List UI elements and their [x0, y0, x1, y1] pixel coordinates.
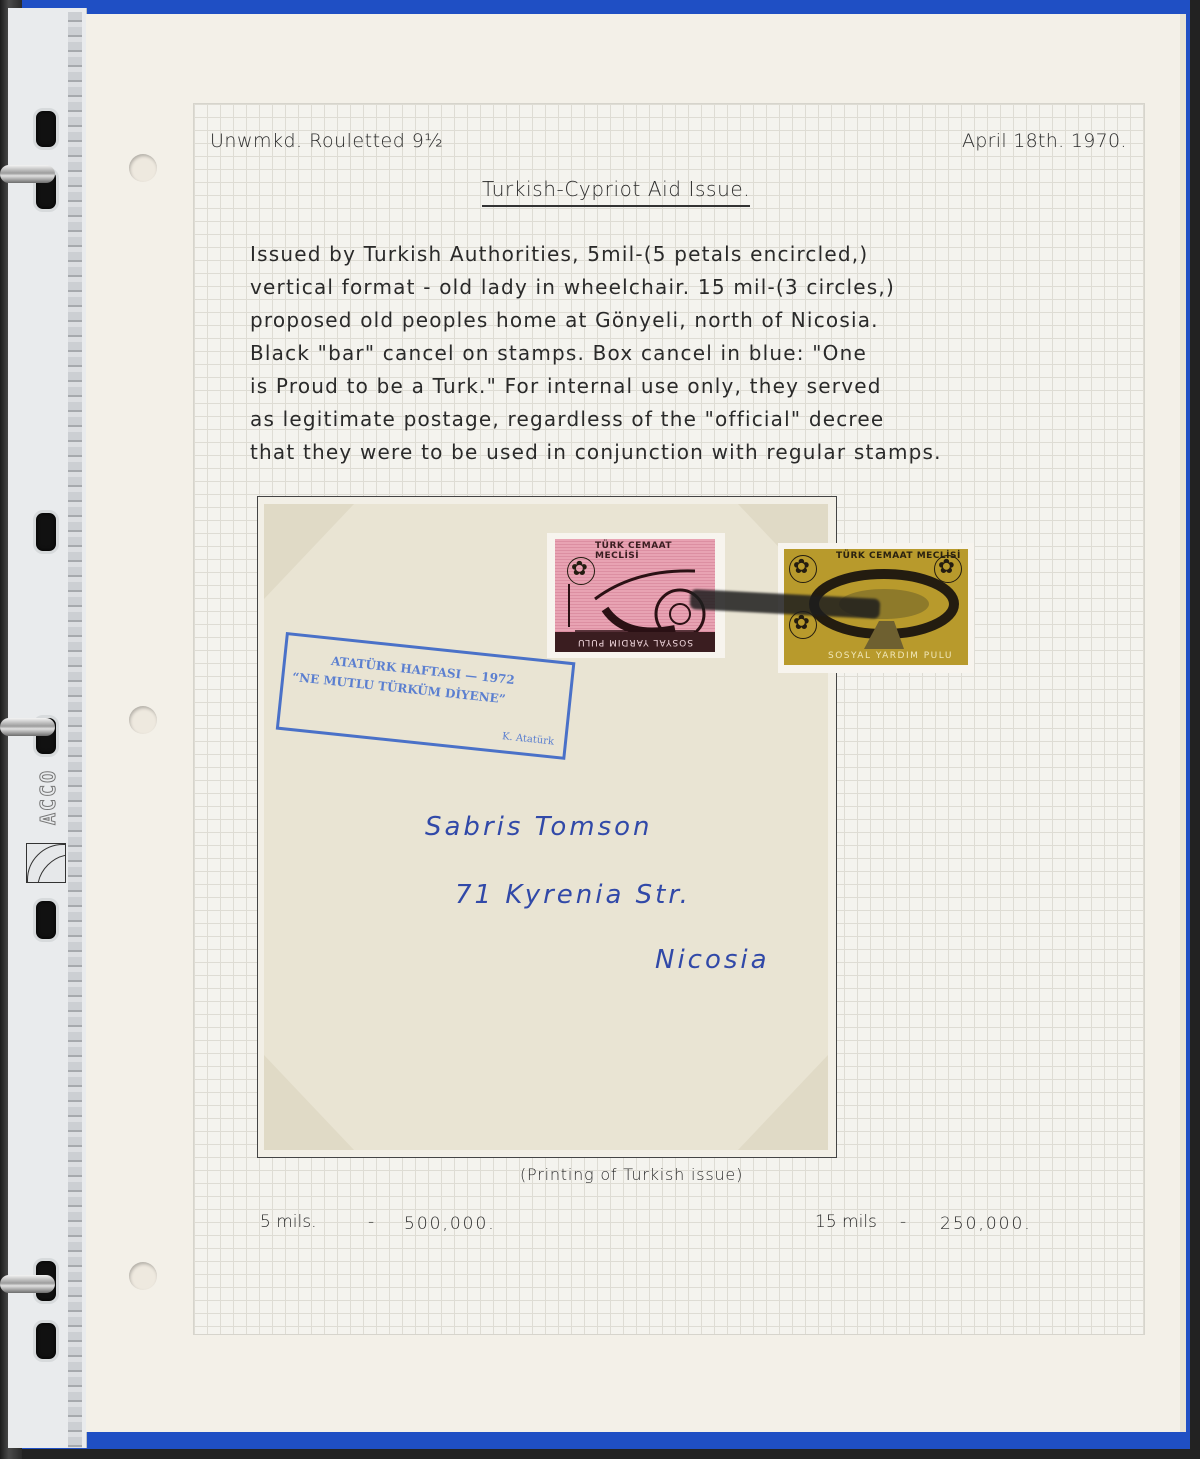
quantity-count: 500,000.: [404, 1214, 496, 1234]
page-punch-hole: [129, 154, 157, 182]
punch-hole: [33, 108, 59, 150]
quantity-count: 250,000.: [940, 1214, 1032, 1234]
address-city: Nicosia: [655, 945, 770, 975]
address-street: 71 Kyrenia Str.: [455, 880, 691, 910]
page-punch-hole: [129, 706, 157, 734]
paragraph-line: as legitimate postage, regardless of the…: [250, 403, 1080, 436]
paragraph-line: vertical format - old lady in wheelchair…: [250, 271, 1080, 304]
page-title: Turkish-Cypriot Aid Issue.: [482, 177, 750, 207]
punch-hole: [33, 898, 59, 942]
paragraph-line: is Proud to be a Turk." For internal use…: [250, 370, 1080, 403]
binder-ring: [0, 718, 55, 736]
binder-ring: [0, 1275, 55, 1293]
paragraph-line: proposed old peoples home at Gönyeli, no…: [250, 304, 1080, 337]
binder-ring: [0, 165, 55, 183]
header-date: April 18th. 1970.: [962, 130, 1127, 152]
quantity-dash: -: [368, 1212, 374, 1232]
quantity-denomination: 15 mils: [815, 1212, 877, 1232]
acco-logo-icon: [26, 843, 66, 883]
paragraph-line: Issued by Turkish Authorities, 5mil-(5 p…: [250, 238, 1080, 271]
punch-hole: [33, 1320, 59, 1362]
punch-hole: [33, 510, 59, 554]
address-name: Sabris Tomson: [425, 812, 653, 842]
quantity-dash: -: [900, 1212, 906, 1232]
paragraph-line: that they were to be used in conjunction…: [250, 436, 1080, 469]
binder-edge: [0, 1449, 1200, 1459]
cover-caption: (Printing of Turkish issue): [520, 1165, 743, 1184]
header-left-note: Unwmkd. Rouletted 9½: [210, 130, 443, 152]
quantity-denomination: 5 mils.: [260, 1212, 317, 1232]
sheet-protector-edge: [68, 12, 82, 1448]
page-punch-hole: [129, 1262, 157, 1290]
binder-brand: ACCO: [28, 765, 68, 835]
binder-edge: [1190, 0, 1200, 1459]
paragraph-line: Black "bar" cancel on stamps. Box cancel…: [250, 337, 1080, 370]
description-paragraph: Issued by Turkish Authorities, 5mil-(5 p…: [250, 238, 1080, 469]
